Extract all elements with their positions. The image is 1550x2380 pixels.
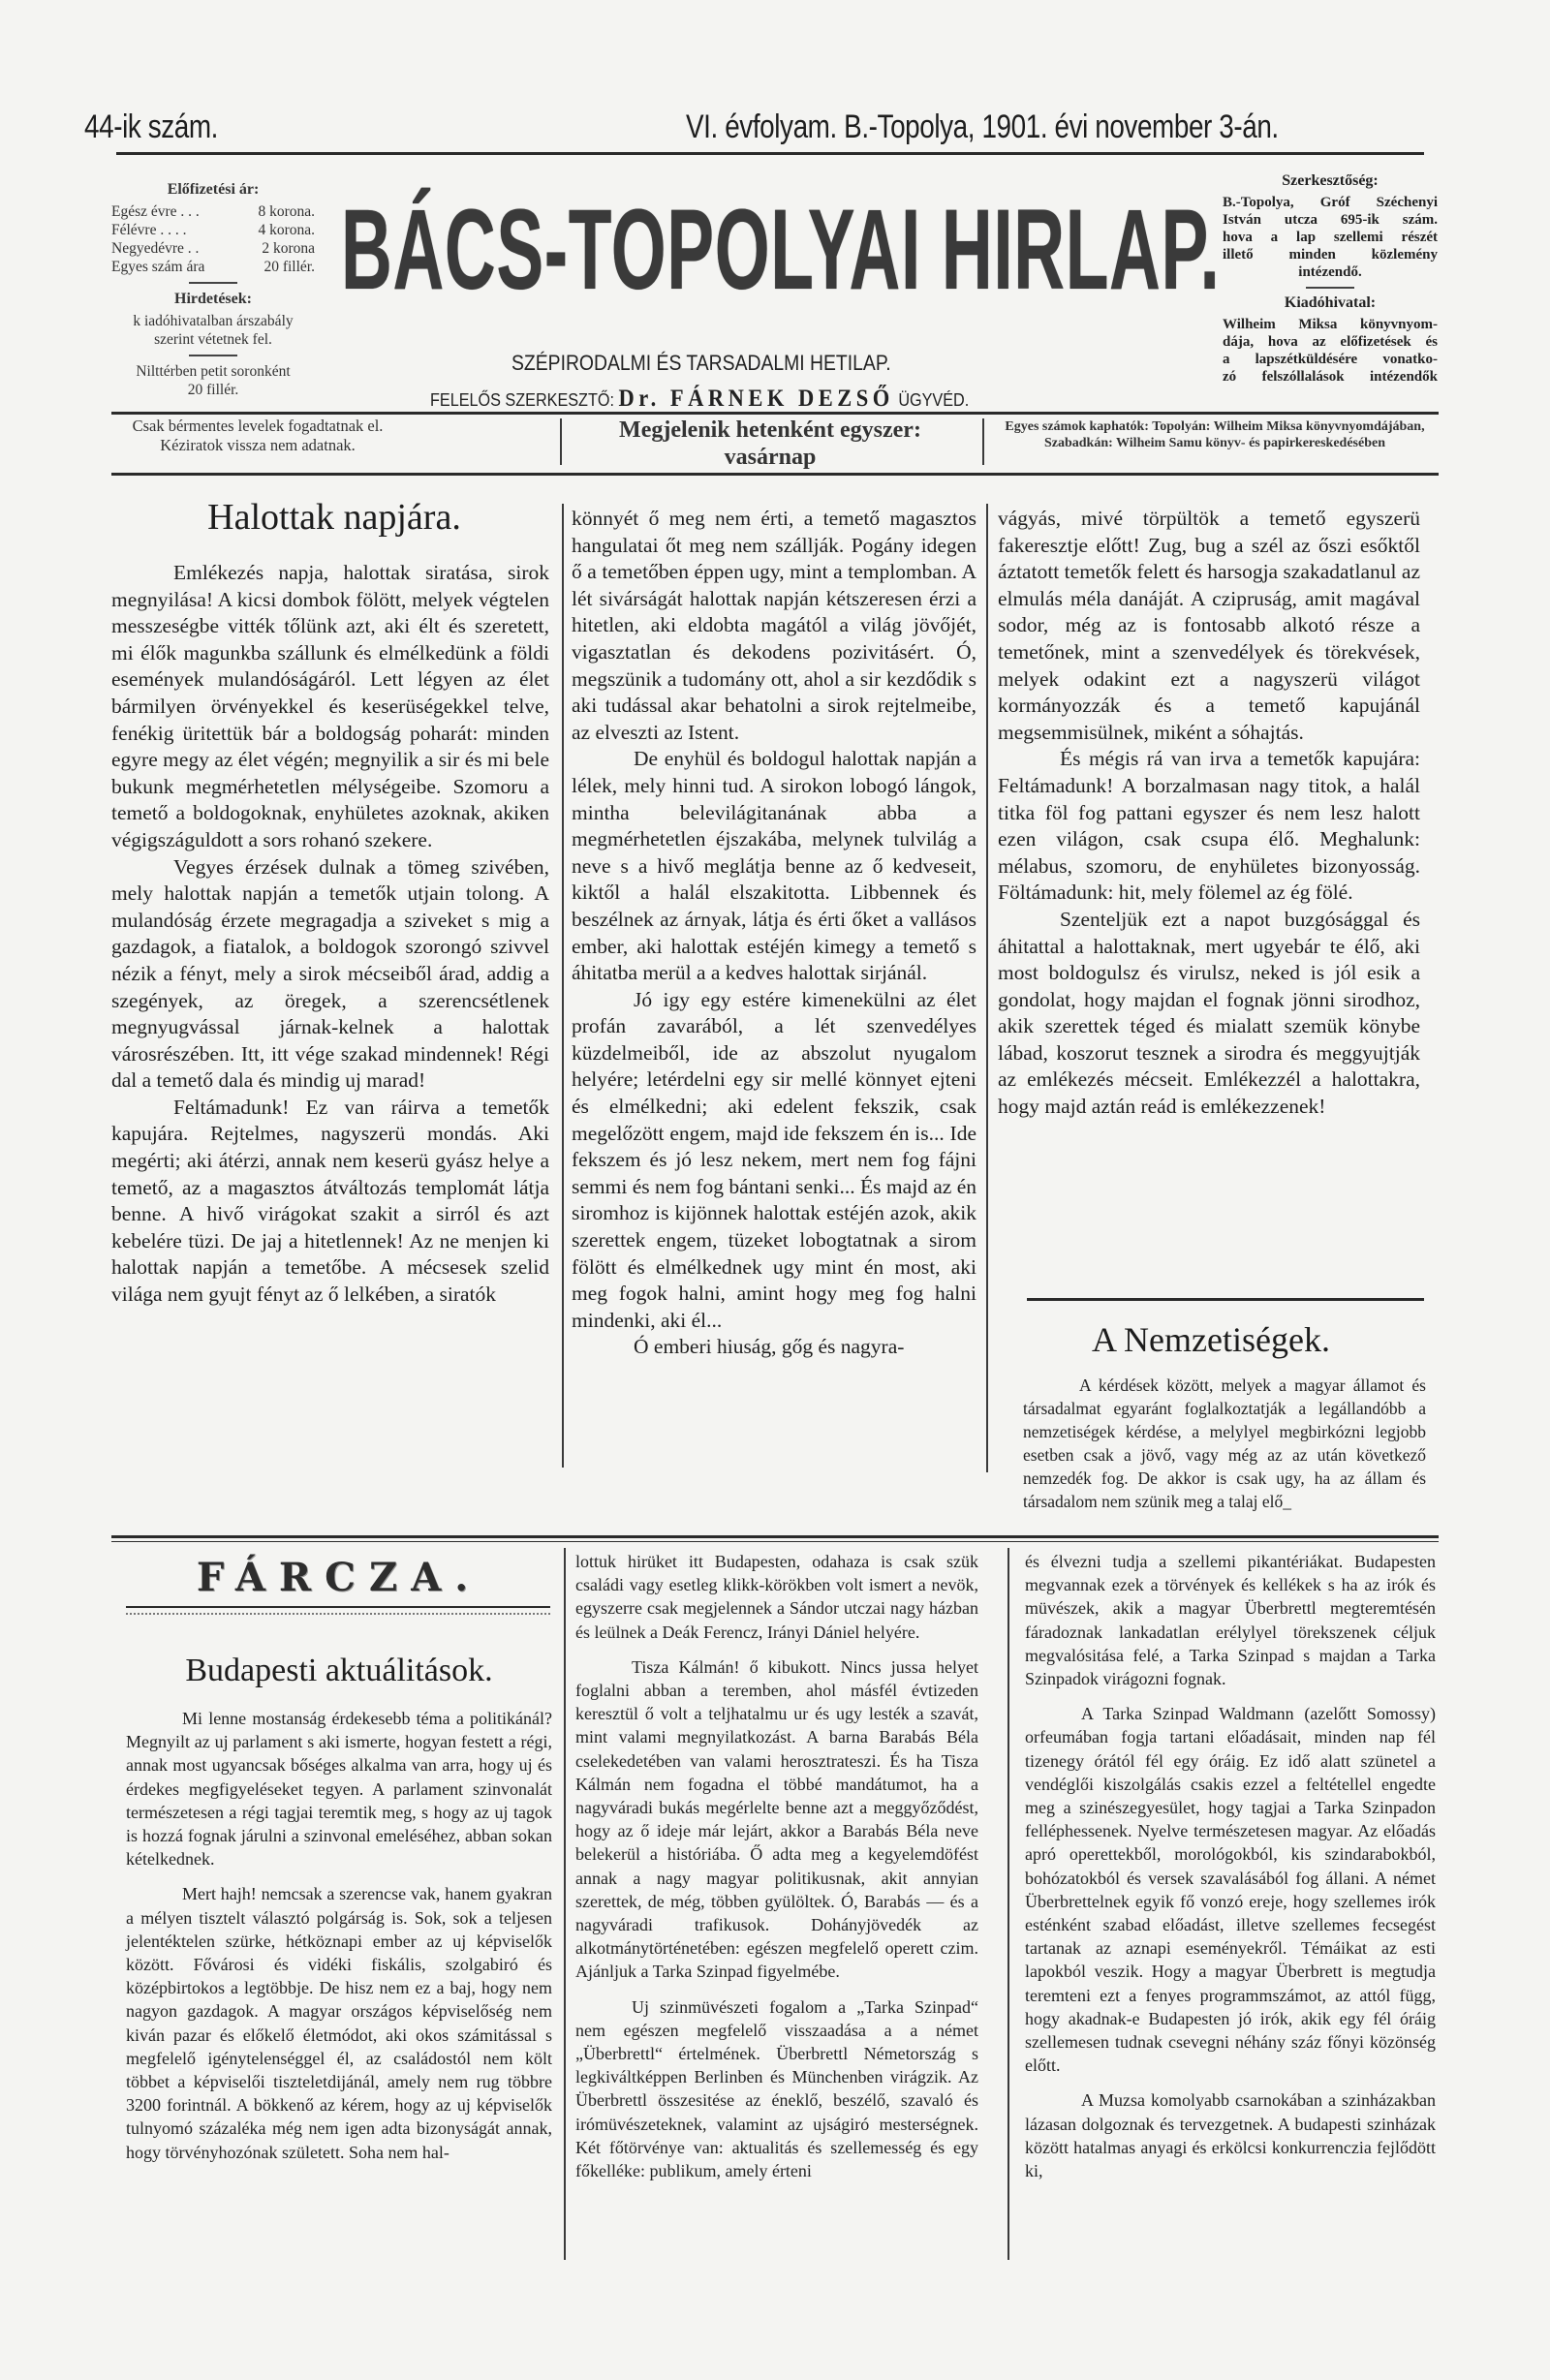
column-divider <box>1007 1548 1009 2260</box>
feuilleton-column-1: Mi lenne mostanság érdekesebb téma a pol… <box>126 1707 552 2170</box>
newspaper-title: BÁCS-TOPOLYAI HIRLAP. <box>341 184 1220 316</box>
letters-notice: Csak bérmentes levelek fogadtatnak el. K… <box>112 417 403 455</box>
price-row: Egész évre . . .8 korona. <box>111 202 315 221</box>
price-row: Egyes szám ára20 fillér. <box>111 258 315 276</box>
feuilleton-top-rule-thin <box>111 1541 1439 1542</box>
masthead-top-rule <box>116 152 1424 155</box>
price-row: Félévre . . . .4 korona. <box>111 221 315 239</box>
article-column-1: Emlékezés napja, halottak siratása, siro… <box>111 560 549 1309</box>
feuilleton-rule <box>126 1606 550 1608</box>
column-divider <box>562 504 564 1468</box>
divider <box>982 418 984 465</box>
editorial-office-heading: Szerkesztőség: <box>1223 172 1438 190</box>
editor-suffix: ÜGYVÉD. <box>898 390 969 410</box>
column-divider <box>564 1548 566 2260</box>
article-body: A kérdések között, melyek a magyar állam… <box>1023 1374 1426 1519</box>
feuilleton-title: Budapesti aktuálitások. <box>126 1653 552 1689</box>
article-separator <box>1027 1298 1424 1301</box>
feuilleton-label: FÁRCZA. <box>126 1555 552 1600</box>
feuilleton-dotted-rule <box>126 1613 550 1615</box>
newspaper-subtitle: SZÉPIRODALMI ÉS TARSADALMI HETILAP. <box>511 351 891 376</box>
editor-line: FELELŐS SZERKESZTŐ: Dr. FÁRNEK DEZSŐ ÜGY… <box>430 386 969 413</box>
subscription-heading: Előfizetési ár: <box>111 180 315 199</box>
article-title: A Nemzetiségek. <box>998 1319 1424 1360</box>
issue-number: 44-ik szám. <box>84 108 218 146</box>
price-row: Negyedévre . .2 korona <box>111 239 315 258</box>
divider <box>1306 287 1354 289</box>
subscription-box: Előfizetési ár: Egész évre . . .8 korona… <box>111 180 315 399</box>
article-title: Halottak napjára. <box>116 496 552 539</box>
column-divider <box>986 504 988 1472</box>
editor-name: Dr. FÁRNEK DEZSŐ <box>618 386 893 412</box>
feuilleton-column-3: és élvezni tudja a szellemi pikantériáka… <box>1025 1550 1436 2188</box>
editorial-office-box: Szerkesztőség: B.-Topolya, Gróf Szécheny… <box>1223 172 1438 386</box>
open-space-price: 20 fillér. <box>111 381 315 399</box>
article-column-3: vágyás, mivé törpültök a temető egyszerü… <box>998 506 1420 1121</box>
divider <box>560 418 562 465</box>
article-column-2: könnyét ő meg nem érti, a temető magaszt… <box>572 506 976 1361</box>
open-space-text: Nilttérben petit soronként <box>111 362 315 381</box>
info-strip-bottom-rule <box>111 473 1439 476</box>
info-strip-top-rule <box>111 412 1439 415</box>
ads-heading: Hirdetések: <box>111 290 315 308</box>
publisher-heading: Kiadóhivatal: <box>1223 294 1438 312</box>
feuilleton-top-rule <box>111 1535 1439 1538</box>
publication-frequency: Megjelenik hetenként egyszer: vasárnap <box>567 417 974 471</box>
sales-points: Egyes számok kaphatók: Topolyán: Wilheim… <box>992 418 1438 451</box>
feuilleton-column-2: lottuk hirüket itt Budapesten, odahaza i… <box>575 1550 978 2188</box>
editor-prefix: FELELŐS SZERKESZTŐ: <box>430 390 614 410</box>
dateline: VI. évfolyam. B.-Topolya, 1901. évi nove… <box>686 108 1279 146</box>
ads-text: k iadóhivatalban árszabály szerint vétet… <box>111 312 315 349</box>
divider <box>189 355 237 356</box>
divider <box>189 282 237 284</box>
